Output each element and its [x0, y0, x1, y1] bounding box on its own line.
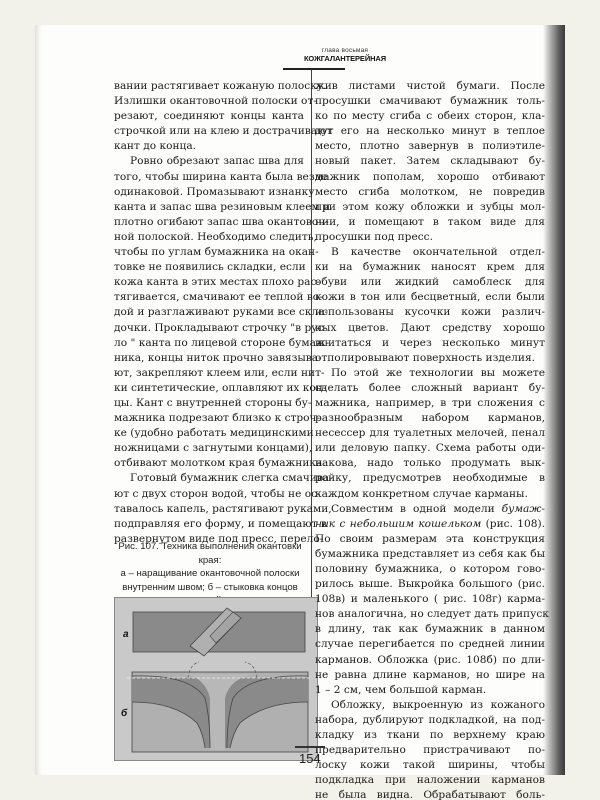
text-line: тягивается, смачивают ее теплой во-	[114, 290, 304, 305]
text-line: ки на бумажник наносят крем для	[315, 260, 545, 275]
text-line: ножницами с загнутыми концами),	[114, 441, 304, 456]
text-line: ке (удобно работать медицинскими	[114, 426, 304, 441]
text-line: тавалось капель, растягивают руками,	[114, 502, 304, 517]
running-header: глава восьмая КОЖГАЛАНТЕРЕЙНАЯ	[290, 47, 400, 63]
text-line: в длину, так как бумажник в данном	[315, 622, 545, 637]
text-line: или деловую папку. Схема работы оди-	[315, 441, 545, 456]
text-line: каждом конкретном случае карманы.	[315, 487, 545, 502]
text-line: бумажника представляет из себя как бы	[315, 547, 545, 562]
text-line: Готовый бумажник слегка смачива-	[114, 471, 304, 486]
text-line: ной полоской. Необходимо следить,	[114, 230, 304, 245]
text-line: обуви или жидкий самоблеск для	[315, 275, 545, 290]
text-line: мажника подрезают близко к строч-	[114, 411, 304, 426]
text-line: отполировывают поверхность изделия.	[315, 351, 545, 366]
figure-107: а б	[114, 597, 318, 761]
text-line: сделать более сложный вариант бу-	[315, 381, 545, 396]
text-line: случае перегибается по средней линии	[315, 637, 545, 652]
text-line: резают, соединяют концы канта	[114, 109, 304, 124]
right-column-text: жив листами чистой бумаги. Послепросушки…	[315, 79, 545, 800]
footer-rule	[295, 746, 325, 748]
text-line: использованы кусочки кожи различ-	[315, 305, 545, 320]
text-line: ройку, предусмотрев необходимые в	[315, 471, 545, 486]
text-line: дой и разглаживают руками все скла-	[114, 305, 304, 320]
text-line: одинаковой. Промазывают изнанку	[114, 185, 304, 200]
text-line: канта и запас шва резиновым клеем и	[114, 200, 304, 215]
caption-line: а – наращивание окантовочной полоски	[107, 567, 313, 581]
text-line: ют с двух сторон водой, чтобы не ос-	[114, 487, 304, 502]
text-line: место сгиба молотком, не повредив	[315, 185, 545, 200]
text-line: В качестве окончательной отдел-	[315, 245, 545, 260]
label-b: б	[121, 707, 128, 719]
text-line: По своим размерам эта конструкция	[315, 532, 545, 547]
text-line: 108в) и маленького ( рис. 108г) карма-	[315, 592, 545, 607]
text-line: чтобы по углам бумажника на окан-	[114, 245, 304, 260]
caption-line: внутренним швом; б – стыковка концов	[107, 581, 313, 595]
text-line: не равна длине карманов, но шире на	[315, 668, 545, 683]
text-line: кожа канта в этих местах плохо рас-	[114, 275, 304, 290]
text-line: Совместим в одной модели бумаж-	[315, 502, 545, 517]
text-line: Обложку, выкроенную из кожаного	[315, 698, 545, 713]
text-line: просушки смачивают бумажник толь-	[315, 94, 545, 109]
text-line: лоску кожи такой ширины, чтобы	[315, 758, 545, 773]
text-line: при этом кожу обложки и зубцы мол-	[315, 200, 545, 215]
text-line: 1 – 2 см, чем большой карман.	[315, 683, 545, 698]
text-line: половину бумажника, о котором гово-	[315, 562, 545, 577]
text-line: мажника, например, в три сложения с	[315, 396, 545, 411]
page-number: 154	[299, 751, 321, 766]
text-line: подправляя его форму, и помещают в	[114, 517, 304, 532]
text-line: цы. Кант с внутренней стороны бу-	[114, 396, 304, 411]
text-line: не была видна. Обрабатывают боль-	[315, 788, 545, 800]
text-line: ника, концы ниток прочно завязыва-	[114, 351, 304, 366]
text-line: нии, и помещают в таком виде для	[315, 215, 545, 230]
text-line: товке не появились складки, если	[114, 260, 304, 275]
text-line: жив листами чистой бумаги. После	[315, 79, 545, 94]
text-line: ко по месту сгиба с обеих сторон, кла-	[315, 109, 545, 124]
text-line: По этой же технологии вы можете	[315, 366, 545, 381]
text-line: плотно огибают запас шва окантовоч-	[114, 215, 304, 230]
chapter-label: глава восьмая	[290, 47, 400, 54]
header-rule	[283, 68, 345, 70]
text-line: ют, закрепляют клеем или, если нит-	[114, 366, 304, 381]
text-line: несессер для туалетных мелочей, пенал	[315, 426, 545, 441]
text-line: кладку из ткани по верхнему краю	[315, 728, 545, 743]
text-line: накова, надо только продумать вык-	[315, 456, 545, 471]
text-line: ки синтетические, оплавляют их кон-	[114, 381, 304, 396]
text-line: карманов. Обложка (рис. 108б) по дли-	[315, 653, 545, 668]
text-line: ник с небольшим кошельком (рис. 108).	[315, 517, 545, 532]
text-line: кожи в тон или бесцветный, если были	[315, 290, 545, 305]
text-line: отбивают молотком края бумажника.	[114, 456, 304, 471]
text-line: новый пакет. Затем складывают бу-	[315, 154, 545, 169]
text-line: Ровно обрезают запас шва для	[114, 154, 304, 169]
chapter-title: КОЖГАЛАНТЕРЕЙНАЯ	[290, 54, 400, 63]
text-line: набора, дублируют подкладкой, на под-	[315, 713, 545, 728]
text-line: впитаться и через несколько минут	[315, 336, 545, 351]
text-line: предварительно пристрачивают по-	[315, 743, 545, 758]
left-column-text: вании растягивает кожаную полоску.Излишк…	[114, 79, 304, 547]
caption-line: Рис. 107. Техника выполнения окантовки к…	[107, 540, 313, 567]
text-line: Излишки окантовочной полоски от-	[114, 94, 304, 109]
text-line: ных цветов. Дают средству хорошо	[315, 321, 545, 336]
text-line: место, плотно завернув в полиэтиле-	[315, 139, 545, 154]
text-line: подкладка при наложении карманов	[315, 773, 545, 788]
binding-shadow	[543, 25, 565, 775]
label-a: а	[123, 629, 129, 640]
text-line: разнообразным набором карманов,	[315, 411, 545, 426]
text-line: строчкой или на клею и дострачивают	[114, 124, 304, 139]
text-line: того, чтобы ширина канта была везде	[114, 170, 304, 185]
text-line: вании растягивает кожаную полоску.	[114, 79, 304, 94]
text-line: кант до конца.	[114, 139, 304, 154]
text-line: ло " канта по лицевой стороне бумаж-	[114, 336, 304, 351]
book-page: глава восьмая КОЖГАЛАНТЕРЕЙНАЯ вании рас…	[35, 25, 565, 775]
edge-binding-diagram: а б	[115, 598, 317, 760]
text-line: просушки под пресс.	[315, 230, 545, 245]
text-line: дут его на несколько минут в теплое	[315, 124, 545, 139]
text-line: нов аналогична, но следует дать припуск	[315, 607, 545, 622]
text-line: рилось выше. Выкройка большого (рис.	[315, 577, 545, 592]
text-line: дочки. Прокладывают строчку "в рус-	[114, 321, 304, 336]
text-line: мажник пополам, хорошо отбивают	[315, 170, 545, 185]
